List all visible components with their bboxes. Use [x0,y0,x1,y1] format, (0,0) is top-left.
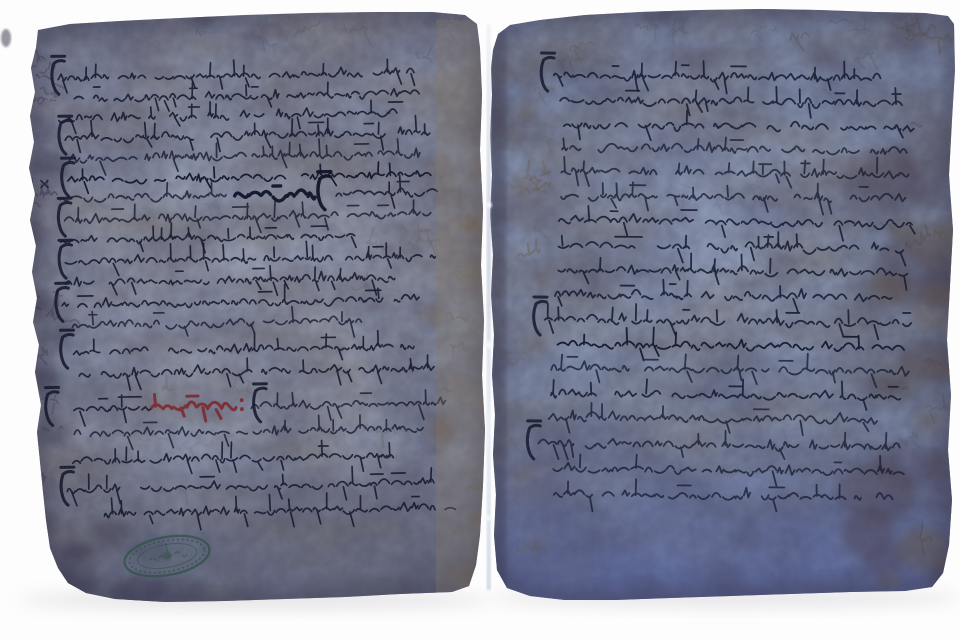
stain-blot [517,98,537,119]
stain-blot [554,62,576,73]
gutter-specular-dot [486,202,492,208]
stain-blot [628,574,665,597]
stain-blot [606,29,636,50]
stain-blot [706,560,745,597]
stain-blot [844,352,861,368]
stain-blot [78,23,97,32]
stain-blot [842,565,876,582]
stain-blot [874,503,900,523]
stain-blot [897,528,948,572]
stain-blot [772,537,820,579]
stain-blot [416,441,437,460]
stain-blot [509,176,532,198]
gutter-specular-dot [485,341,493,349]
stain-blot [888,14,927,56]
stain-blot [762,251,789,272]
stain-blot [572,498,603,518]
manuscript-scene [0,0,960,640]
manuscript-photo [0,0,960,640]
edge-fragment [1,29,11,47]
stain-blot [666,51,705,77]
stain-blot [523,60,542,72]
stain-blot [876,572,901,588]
stain-blot [736,276,760,301]
stain-blot [811,49,839,70]
stain-blot [140,393,154,404]
stain-blot [798,106,816,121]
stain-blot [522,335,551,355]
stain-blot [727,526,765,554]
stain-blot [143,244,166,258]
stain-blot [875,357,929,396]
gutter-brown-band [436,20,488,595]
stain-blot [139,319,165,340]
stain-blot [63,542,95,559]
stain-blot [91,518,133,545]
stain-blot [836,60,859,75]
stain-blot [534,272,550,283]
gutter-specular-dot [485,515,491,521]
stain-blot [738,396,752,410]
stain-blot [266,383,279,391]
stain-blot [521,75,541,89]
stain-blot [293,17,309,34]
stain-blot [153,63,174,85]
stain-blot [513,469,535,483]
stain-blot [249,29,272,42]
stain-blot [533,543,550,552]
gutter-crease-highlight [487,25,492,590]
stain-blot [913,411,944,434]
stain-blot [181,22,208,42]
